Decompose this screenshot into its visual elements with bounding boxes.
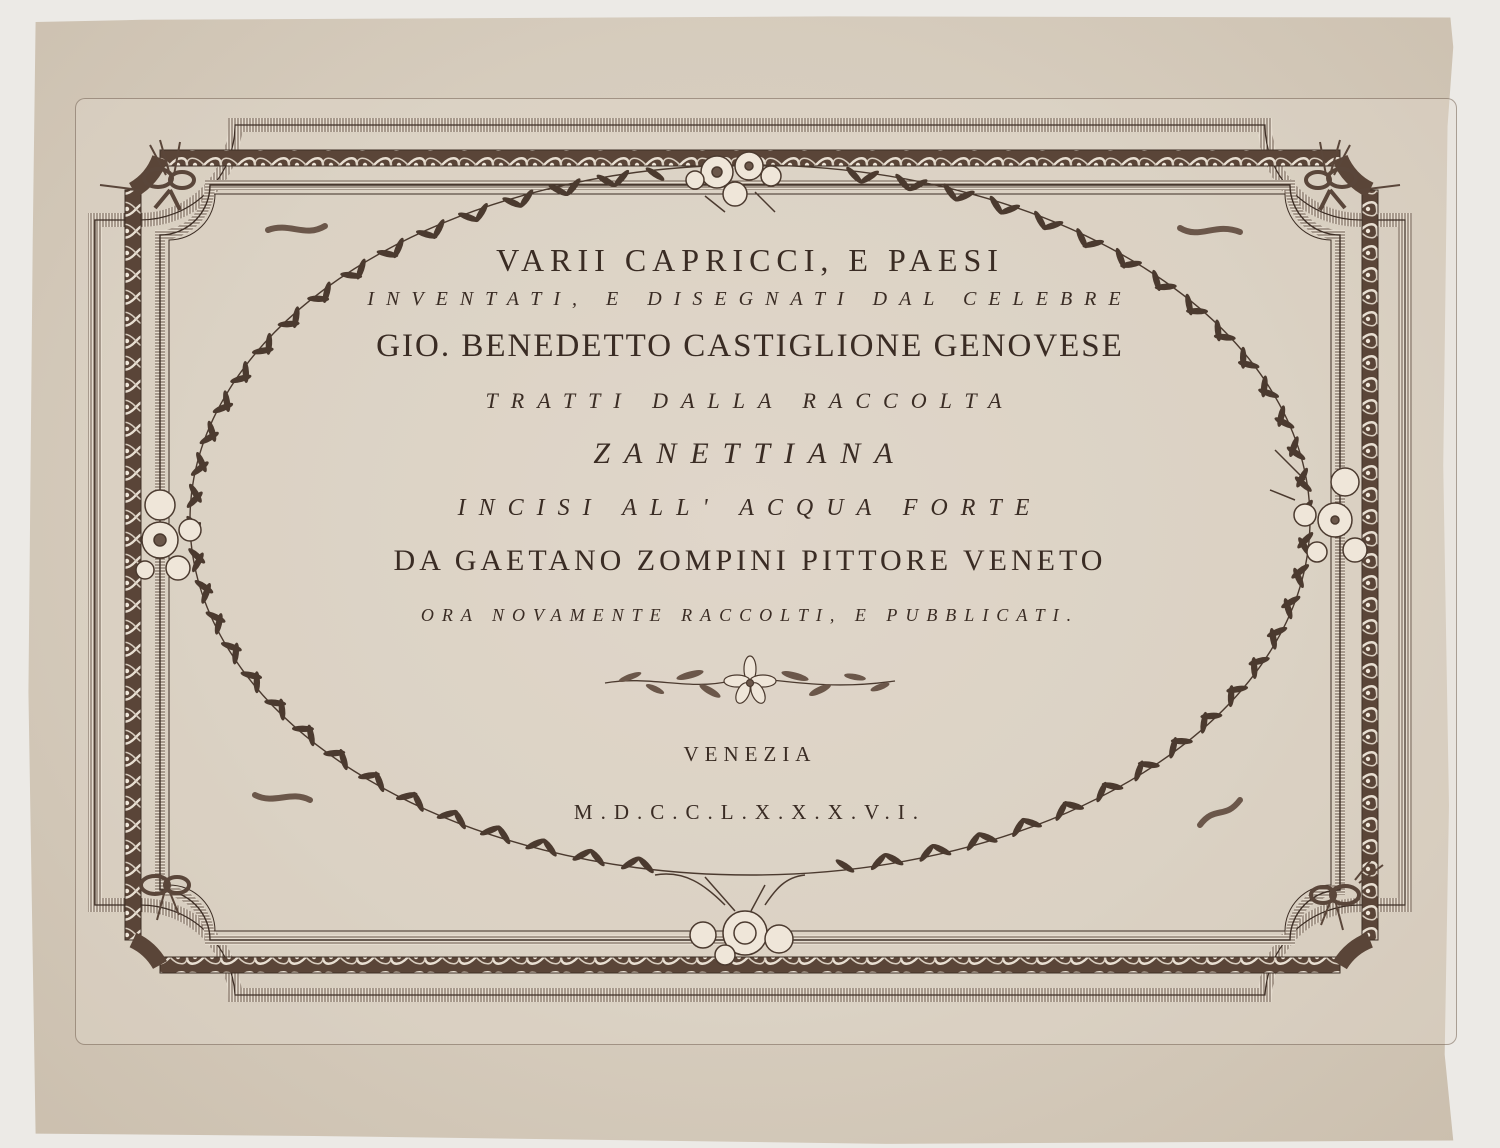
engraver-name-line: DA GAETANO ZOMPINI PITTORE VENETO <box>250 544 1250 578</box>
title-line-1: VARII CAPRICCI, E PAESI <box>250 242 1250 279</box>
title-line-4: TRATTI DALLA RACCOLTA <box>250 388 1250 414</box>
imprint-place: VENEZIA <box>250 742 1250 767</box>
title-line-2: INVENTATI, E DISEGNATI DAL CELEBRE <box>250 288 1250 311</box>
title-line-8: ORA NOVAMENTE RACCOLTI, E PUBBLICATI. <box>250 605 1250 626</box>
floral-bouquet-bottom-icon <box>655 874 805 965</box>
title-line-6: INCISI ALL' ACQUA FORTE <box>250 495 1250 522</box>
imprint-year: M.D.C.C.L.X.X.X.V.I. <box>250 800 1250 825</box>
floral-sprig-divider-icon <box>605 656 895 706</box>
ribbon-streamers <box>255 226 1240 825</box>
floral-bouquet-right-icon <box>1270 450 1367 562</box>
artist-name-line: GIO. BENEDETTO CASTIGLIONE GENOVESE <box>250 328 1250 365</box>
collection-name-line: ZANETTIANA <box>250 437 1250 471</box>
